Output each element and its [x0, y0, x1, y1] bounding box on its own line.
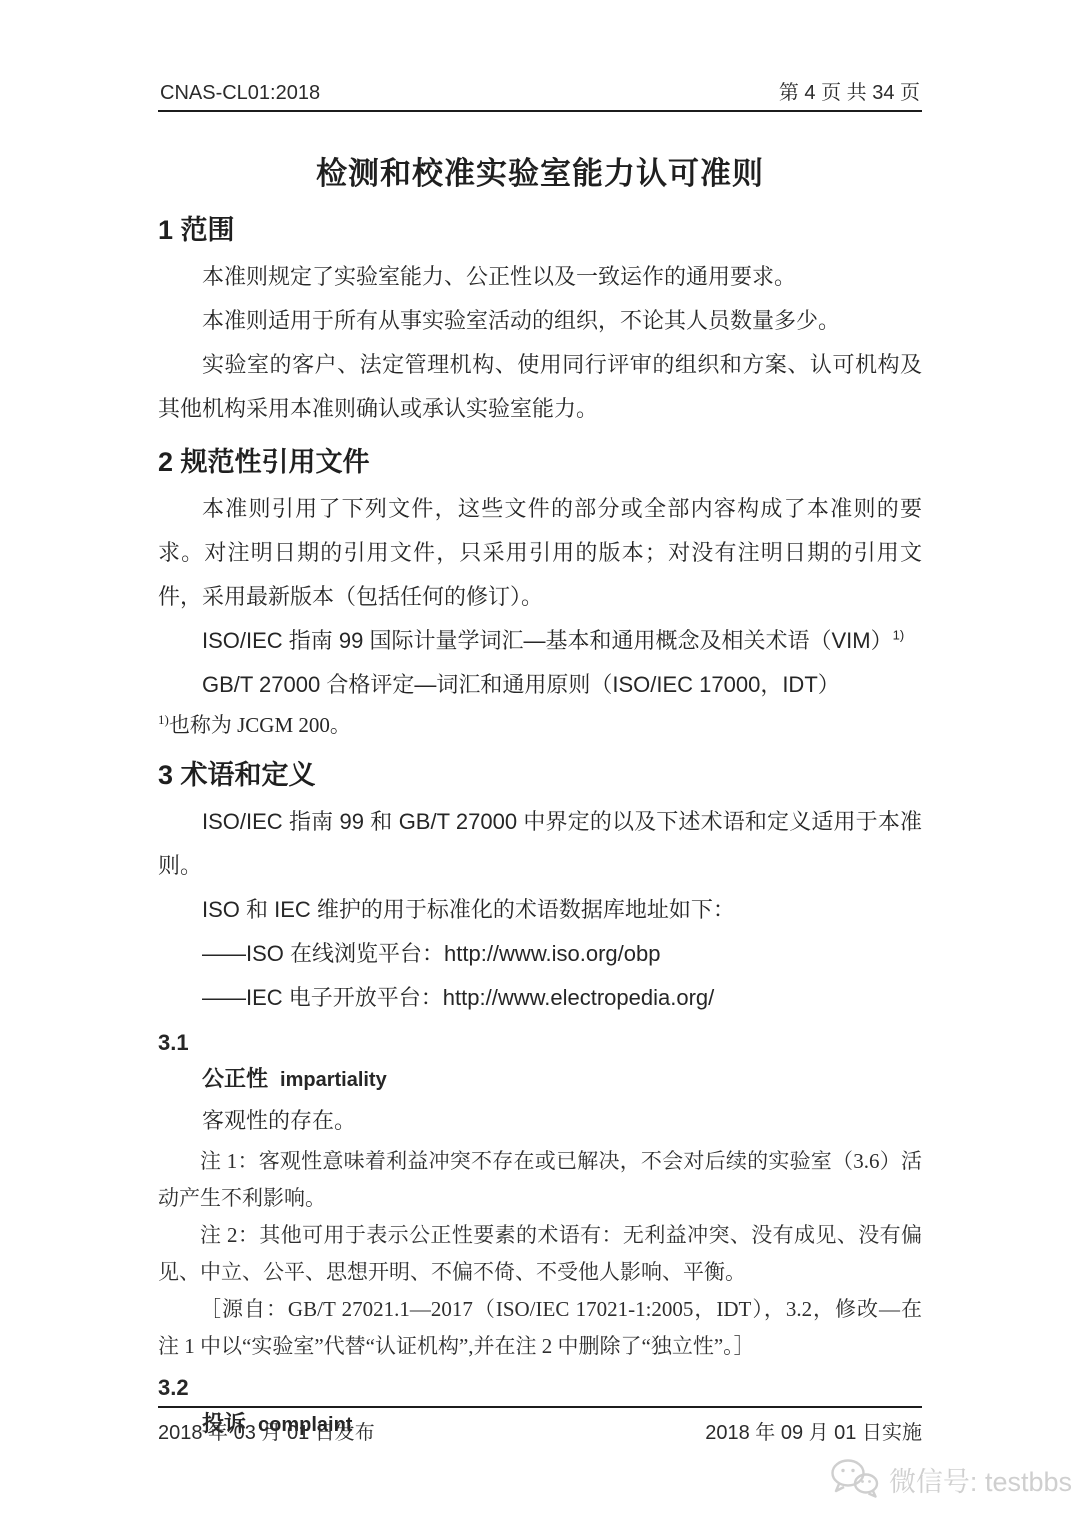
document-body: 1 范围 本准则规定了实验室能力、公正性以及一致运作的通用要求。 本准则适用于所…: [158, 213, 922, 1444]
footnote-text: 也称为 JCGM 200。: [169, 713, 351, 737]
section-2-heading: 2 规范性引用文件: [158, 445, 922, 479]
paragraph: ISO 和 IEC 维护的用于标准化的术语数据库地址如下：: [158, 888, 922, 932]
list-item-iec-platform: ——IEC 电子开放平台：http://www.electropedia.org…: [158, 976, 922, 1020]
paragraph: 本准则适用于所有从事实验室活动的组织，不论其人员数量多少。: [158, 299, 922, 343]
issue-date: 2018 年 03 月 01 日发布: [158, 1416, 375, 1445]
paragraph: 实验室的客户、法定管理机构、使用同行评审的组织和方案、认可机构及其他机构采用本准…: [158, 343, 922, 431]
reference-item: ISO/IEC 指南 99 国际计量学词汇—基本和通用概念及相关术语（VIM）1…: [158, 619, 922, 663]
document-title: 检测和校准实验室能力认可准则: [0, 148, 1080, 193]
implementation-date: 2018 年 09 月 01 日实施: [705, 1416, 922, 1445]
term-source: ［源自：GB/T 27021.1—2017（ISO/IEC 17021-1:20…: [158, 1291, 922, 1365]
term-number-3-1: 3.1: [158, 1028, 922, 1058]
footnote-marker: 1): [158, 712, 169, 727]
page-footer: 2018 年 03 月 01 日发布 2018 年 09 月 01 日实施: [158, 1406, 922, 1445]
term-heading: 公正性impartiality: [158, 1060, 922, 1099]
document-page: CNAS-CL01:2018 第 4 页 共 34 页 检测和校准实验室能力认可…: [0, 0, 1080, 1527]
term-number-3-2: 3.2: [158, 1373, 922, 1403]
reference-text: ISO/IEC 指南 99 国际计量学词汇—基本和通用概念及相关术语（VIM）: [202, 628, 893, 653]
list-item-iso-platform: ——ISO 在线浏览平台：http://www.iso.org/obp: [158, 932, 922, 976]
paragraph: ISO/IEC 指南 99 和 GB/T 27000 中界定的以及下述术语和定义…: [158, 800, 922, 888]
watermark-text: 微信号: testbbs: [889, 1460, 1072, 1499]
page-header: CNAS-CL01:2018 第 4 页 共 34 页: [158, 0, 922, 112]
section-3-heading: 3 术语和定义: [158, 758, 922, 792]
section-1-heading: 1 范围: [158, 213, 922, 247]
term-en: impartiality: [280, 1069, 387, 1091]
term-note-1: 注 1：客观性意味着利益冲突不存在或已解决，不会对后续的实验室（3.6）活动产生…: [158, 1143, 922, 1217]
wechat-watermark: 微信号: testbbs: [829, 1458, 1072, 1500]
page-number-info: 第 4 页 共 34 页: [779, 76, 920, 105]
paragraph: 本准则引用了下列文件，这些文件的部分或全部内容构成了本准则的要求。对注明日期的引…: [158, 487, 922, 619]
term-zh: 公正性: [202, 1066, 268, 1091]
reference-item: GB/T 27000 合格评定—词汇和通用原则（ISO/IEC 17000，ID…: [158, 663, 922, 707]
term-definition: 客观性的存在。: [158, 1099, 922, 1143]
wechat-icon: [829, 1458, 881, 1500]
footnote-marker: 1): [893, 628, 905, 643]
doc-code: CNAS-CL01:2018: [160, 82, 320, 105]
paragraph: 本准则规定了实验室能力、公正性以及一致运作的通用要求。: [158, 255, 922, 299]
footnote: 1)也称为 JCGM 200。: [158, 707, 922, 744]
term-note-2: 注 2：其他可用于表示公正性要素的术语有：无利益冲突、没有成见、没有偏见、中立、…: [158, 1217, 922, 1291]
